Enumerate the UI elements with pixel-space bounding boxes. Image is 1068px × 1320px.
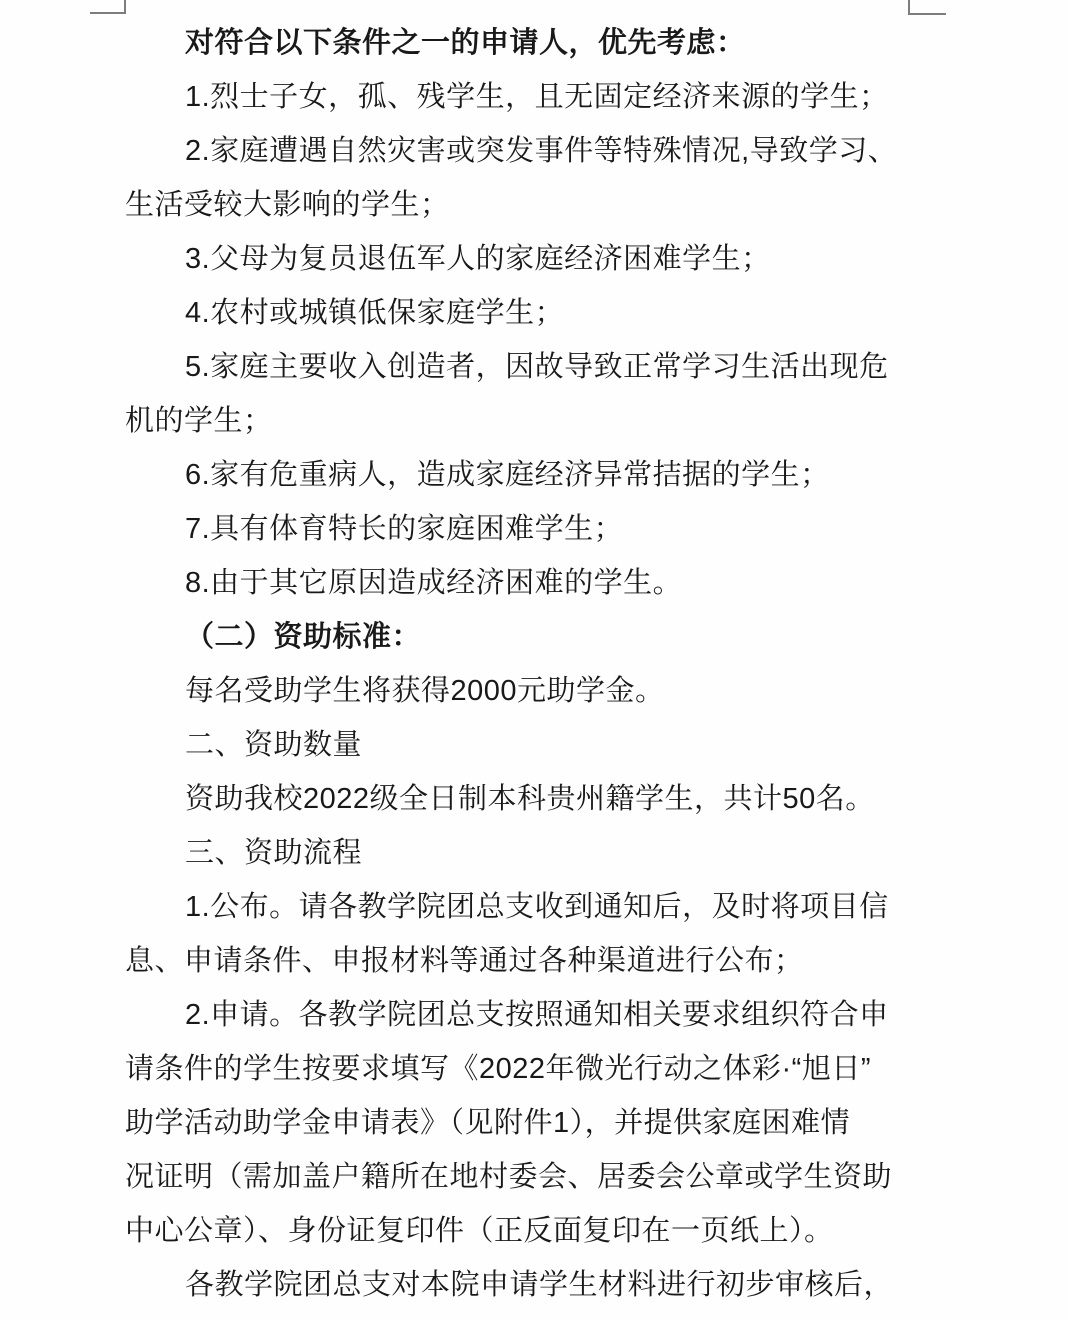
text-line: 1.公布。请各教学院团总支收到通知后，及时将项目信 [125, 880, 955, 934]
text-line: 2.申请。各教学院团总支按照通知相关要求组织符合申 [125, 988, 955, 1042]
document-page: 对符合以下条件之一的申请人，优先考虑：1.烈士子女，孤、残学生，且无固定经济来源… [125, 16, 955, 1312]
text-line: 3.父母为复员退伍军人的家庭经济困难学生； [125, 232, 955, 286]
text-line: （二）资助标准： [125, 610, 955, 664]
text-line: 二、资助数量 [125, 718, 955, 772]
text-line: 生活受较大影响的学生； [125, 178, 955, 232]
text-line: 6.家有危重病人，造成家庭经济异常拮据的学生； [125, 448, 955, 502]
text-line: 三、资助流程 [125, 826, 955, 880]
text-line: 8.由于其它原因造成经济困难的学生。 [125, 556, 955, 610]
crop-mark-top-left-icon [90, 0, 126, 14]
text-line: 每名受助学生将获得2000元助学金。 [125, 664, 955, 718]
text-line: 息、申请条件、申报材料等通过各种渠道进行公布； [125, 934, 955, 988]
text-line: 7.具有体育特长的家庭困难学生； [125, 502, 955, 556]
text-line: 4.农村或城镇低保家庭学生； [125, 286, 955, 340]
text-line: 资助我校2022级全日制本科贵州籍学生，共计50名。 [125, 772, 955, 826]
text-line: 对符合以下条件之一的申请人，优先考虑： [125, 16, 955, 70]
text-line: 各教学院团总支对本院申请学生材料进行初步审核后， [125, 1258, 955, 1312]
text-line: 机的学生； [125, 394, 955, 448]
text-line: 请条件的学生按要求填写《2022年微光行动之体彩·“旭日” [125, 1042, 955, 1096]
text-line: 2.家庭遭遇自然灾害或突发事件等特殊情况,导致学习、 [125, 124, 955, 178]
crop-mark-top-right-icon [908, 0, 946, 15]
text-line: 1.烈士子女，孤、残学生，且无固定经济来源的学生； [125, 70, 955, 124]
text-line: 5.家庭主要收入创造者，因故导致正常学习生活出现危 [125, 340, 955, 394]
text-line: 况证明（需加盖户籍所在地村委会、居委会公章或学生资助 [125, 1150, 955, 1204]
text-line: 中心公章）、身份证复印件（正反面复印在一页纸上）。 [125, 1204, 955, 1258]
text-line: 助学活动助学金申请表》（见附件1），并提供家庭困难情 [125, 1096, 955, 1150]
